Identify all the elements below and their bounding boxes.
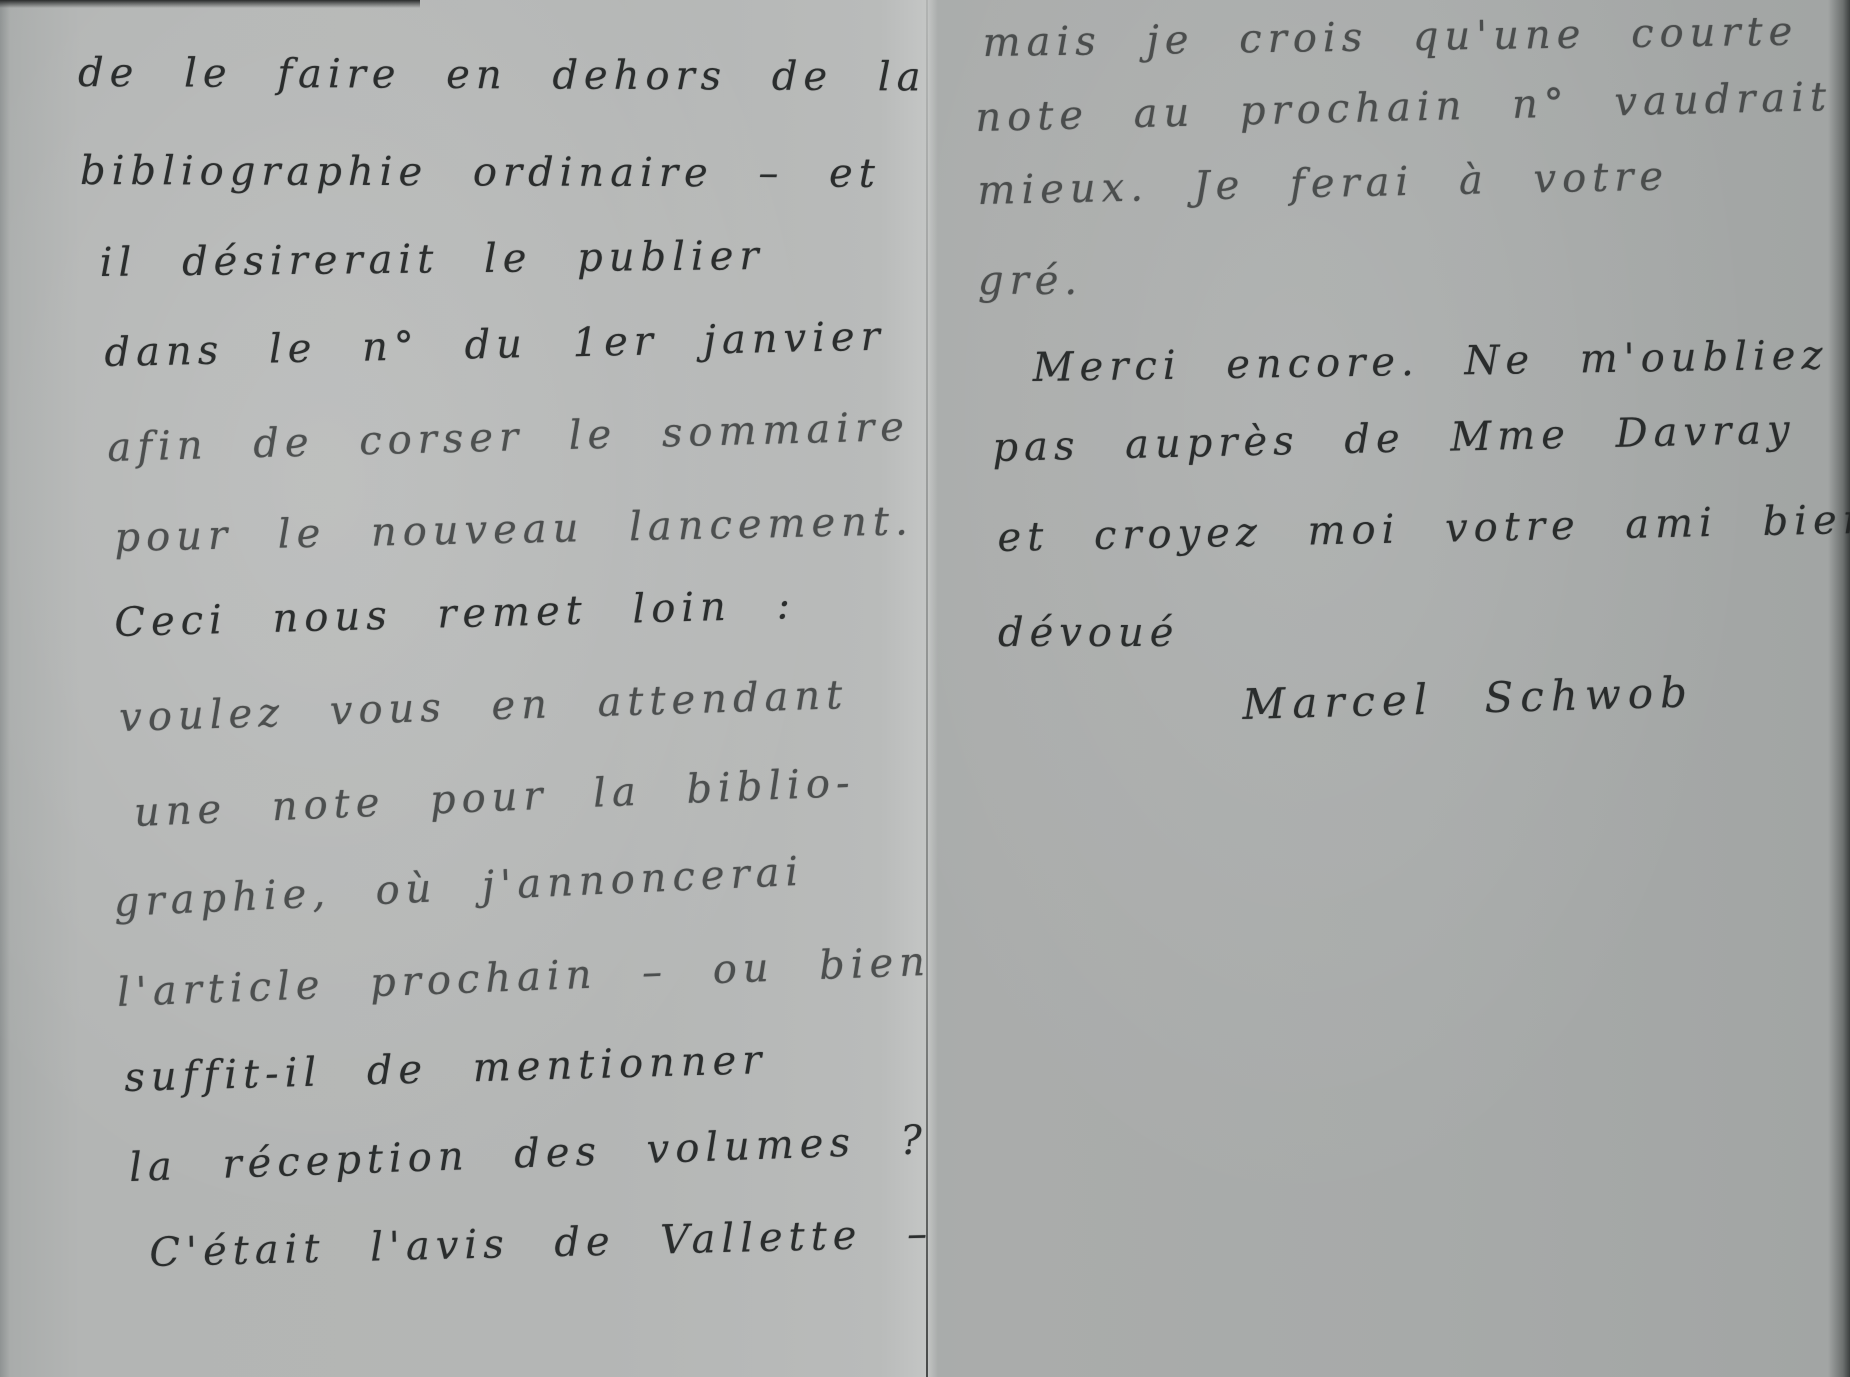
handwritten-line: bibliographie ordinaire – et [80,148,881,197]
closing-line: pas auprès de Mme Davray [992,407,1796,471]
handwritten-line: C'était l'avis de Vallette – [149,1211,928,1276]
letter-page-right: mais je crois qu'une courte note au proc… [928,0,1850,1377]
handwritten-line: pour le nouveau lancement. [114,498,914,561]
closing-line: Merci encore. Ne m'oubliez [1032,333,1829,391]
handwritten-line: de le faire en dehors de la [78,50,927,100]
handwritten-line: voulez vous en attendant [119,672,849,741]
handwritten-line: suffit-il de mentionner [124,1037,768,1101]
letter-page-left: de le faire en dehors de la bibliographi… [0,0,928,1377]
handwritten-line: il désirerait le publier [100,233,765,286]
handwritten-line: dans le n° du 1er janvier [104,314,886,376]
handwritten-line: la réception des volumes ? [128,1117,928,1191]
handwritten-line: afin de corser le sommaire [107,404,911,471]
handwritten-line: Ceci nous remet loin : [114,582,797,646]
closing-line: et croyez moi votre ami bien [997,497,1850,561]
letter-photograph: de le faire en dehors de la bibliographi… [0,0,1850,1377]
handwritten-line: gré. [978,258,1083,304]
handwritten-line: mieux. Je ferai à votre [977,154,1669,214]
handwritten-line: mais je crois qu'une courte [982,9,1798,66]
handwritten-line: graphie, où j'annoncerai [113,849,805,926]
handwritten-line: une note pour la biblio- [133,760,856,836]
signature: Marcel Schwob [1242,667,1695,729]
handwritten-line: l'article prochain – ou bien [116,939,928,1016]
closing-line: dévoué [998,610,1179,656]
handwritten-line: note au prochain n° vaudrait [975,74,1833,141]
